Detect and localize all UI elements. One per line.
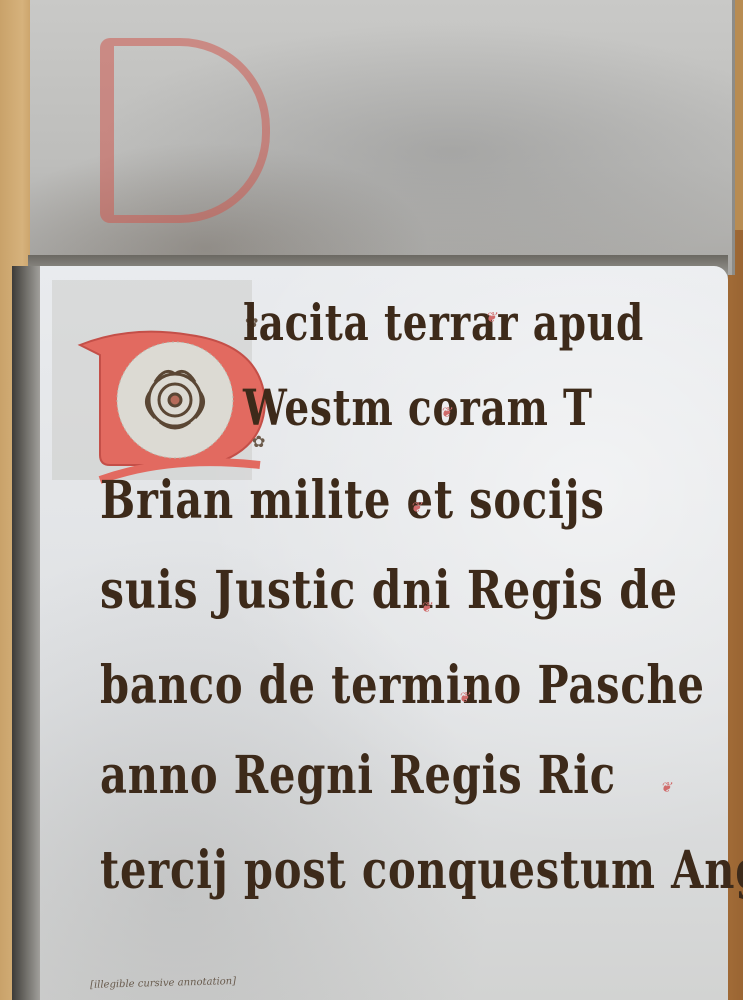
text-line: anno Regni Regis Ric	[100, 745, 616, 806]
rubric-flourish-icon: ❦	[660, 780, 672, 796]
text-line: Westm coram T	[243, 378, 593, 437]
text-line: tercij post conquestum Angl primo :	[100, 840, 743, 901]
rubric-flourish-icon: ❦	[458, 690, 470, 706]
facing-leaf	[30, 0, 735, 275]
rubric-flourish-icon: ❦	[410, 500, 422, 516]
initial-p-with-rose-icon	[70, 315, 270, 490]
text-line: banco de termino Pasche	[100, 655, 705, 716]
rubric-flourish-icon: ❦	[485, 310, 497, 326]
rubric-flourish-icon: ❦	[420, 600, 432, 616]
text-line: Brian milite et socijs	[100, 470, 605, 531]
rubric-flourish-icon: ❦	[440, 405, 452, 421]
offset-initial-ghost	[100, 38, 270, 223]
text-line: suis Justic dni Regis de	[100, 560, 678, 621]
decorated-initial	[70, 315, 270, 490]
text-line: lacita terrar apud	[243, 293, 644, 352]
